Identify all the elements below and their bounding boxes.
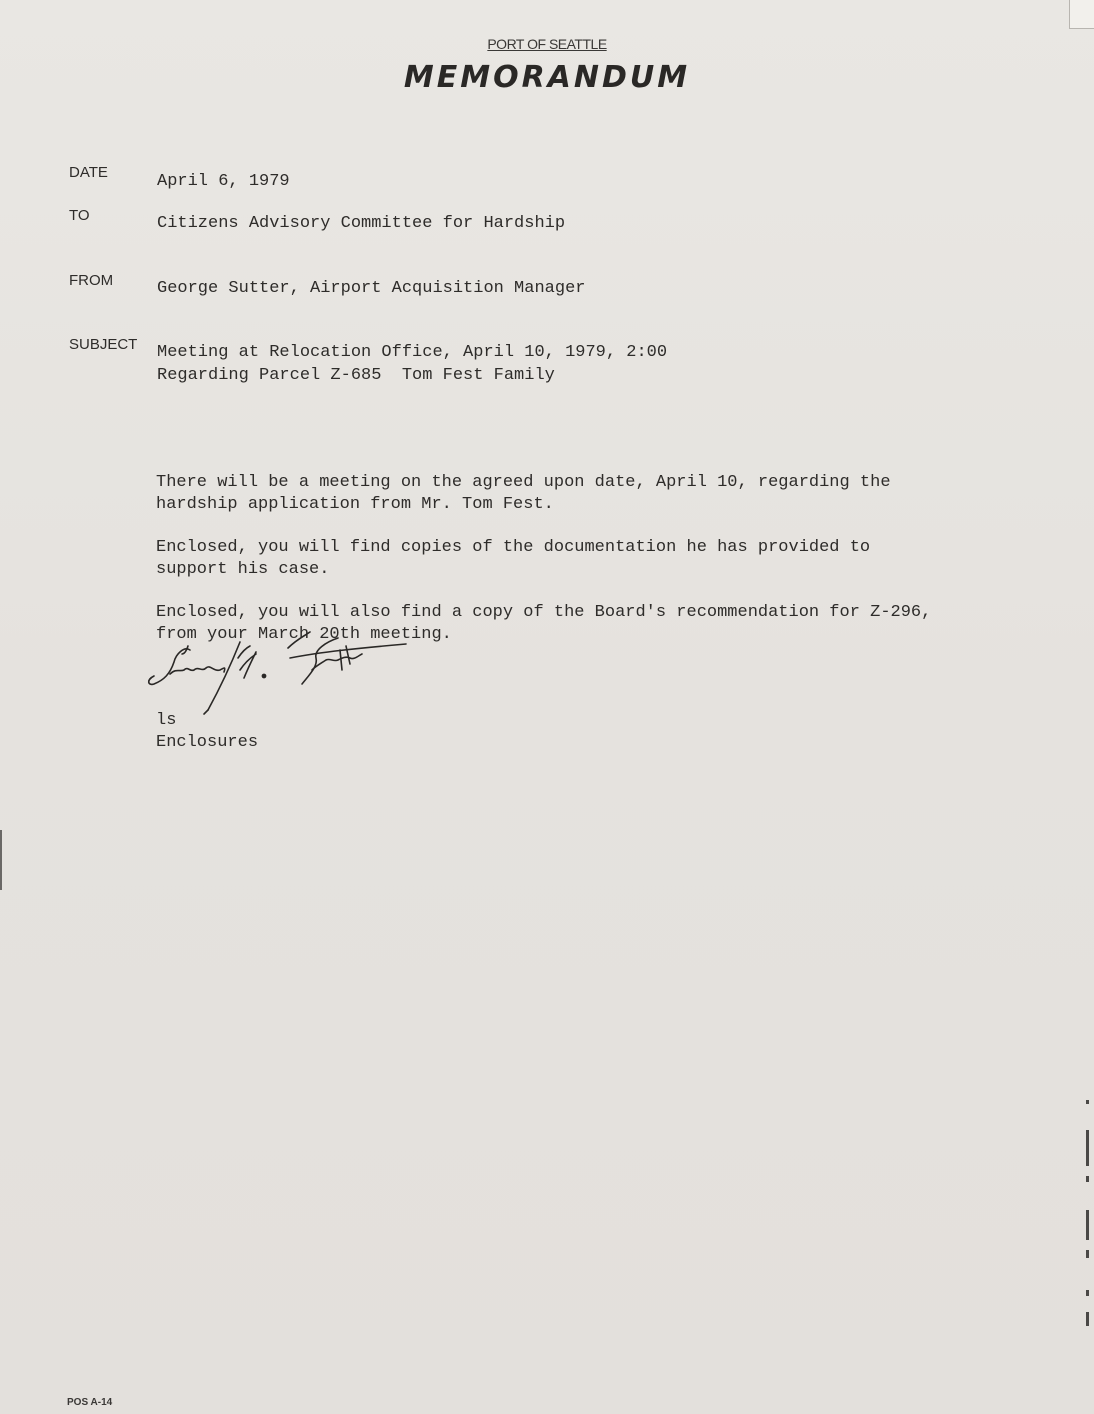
enclosures-note: Enclosures <box>156 732 258 754</box>
subject-label: SUBJECT <box>69 336 137 353</box>
scan-edge-marks <box>1086 1090 1090 1330</box>
from-value: George Sutter, Airport Acquisition Manag… <box>157 278 585 300</box>
body-paragraph-2-line-2: support his case. <box>156 559 329 581</box>
to-label: TO <box>69 207 90 224</box>
body-paragraph-2-line-1: Enclosed, you will find copies of the do… <box>156 537 870 559</box>
from-label: FROM <box>69 272 113 289</box>
body-paragraph-1-line-1: There will be a meeting on the agreed up… <box>156 472 891 494</box>
body-paragraph-3-line-1: Enclosed, you will also find a copy of t… <box>156 602 931 624</box>
to-value: Citizens Advisory Committee for Hardship <box>157 213 565 235</box>
memo-page: PORT OF SEATTLE MEMORANDUM DATE April 6,… <box>0 0 1094 1414</box>
subject-line-2: Regarding Parcel Z-685 Tom Fest Family <box>157 365 555 387</box>
subject-line-1: Meeting at Relocation Office, April 10, … <box>157 342 667 364</box>
handwritten-signature: George H. Sutter <box>140 628 430 718</box>
scan-edge-mark <box>0 830 2 890</box>
letterhead-organization: PORT OF SEATTLE <box>0 36 1094 52</box>
date-label: DATE <box>69 164 108 181</box>
letterhead-title: MEMORANDUM <box>0 60 1094 95</box>
page-corner-fold <box>1069 0 1094 29</box>
body-paragraph-1-line-2: hardship application from Mr. Tom Fest. <box>156 494 554 516</box>
typist-initials: ls <box>156 710 176 732</box>
form-code: POS A-14 <box>67 1397 112 1408</box>
date-value: April 6, 1979 <box>157 171 290 193</box>
